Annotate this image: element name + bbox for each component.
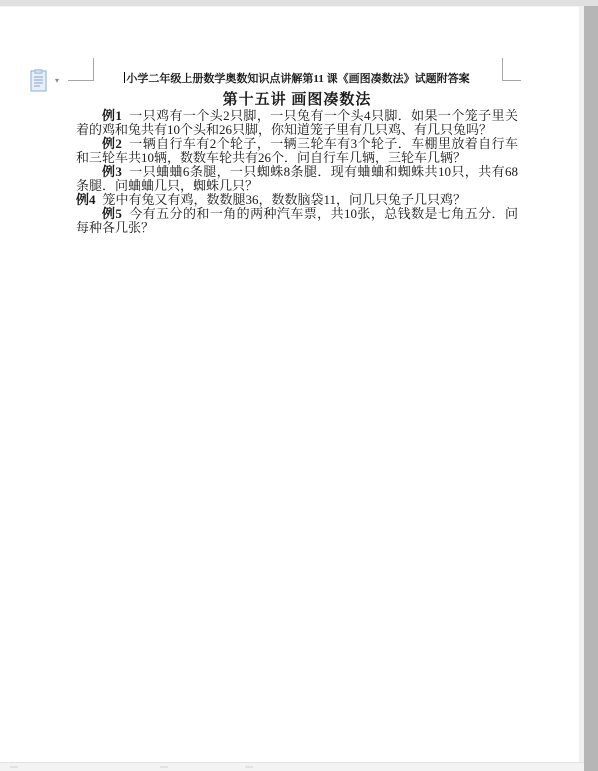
example-3-text: 一只蛐蛐6条腿，一只蜘蛛8条腿．现有蛐蛐和蜘蛛共10只，共有68条腿．问蛐蛐几只…: [76, 164, 518, 193]
example-2-label: 例2: [102, 136, 122, 151]
example-3-paragraph: 例3一只蛐蛐6条腿，一只蜘蛛8条腿．现有蛐蛐和蜘蛛共10只，共有68条腿．问蛐蛐…: [76, 165, 518, 193]
horizontal-scrollbar-track[interactable]: [0, 762, 584, 771]
vertical-scrollbar-track[interactable]: [584, 6, 598, 771]
paste-options-button[interactable]: ▾: [30, 69, 64, 95]
example-1-text: 一只鸡有一个头2只脚，一只兔有一个头4只脚．如果一个笼子里关着的鸡和兔共有10个…: [76, 108, 518, 137]
lesson-heading: 第十五讲 画图凑数法: [76, 91, 518, 109]
example-1-paragraph: 例1一只鸡有一个头2只脚，一只兔有一个头4只脚．如果一个笼子里关着的鸡和兔共有1…: [76, 109, 518, 137]
example-5-text: 今有五分的和一角的两种汽车票，共10张，总钱数是七角五分．问每种各几张？: [76, 206, 518, 235]
scrollbar-mark: [10, 766, 18, 768]
document-title-text: 小学二年级上册数学奥数知识点讲解第11 课《画图凑数法》试题附答案: [126, 73, 469, 85]
example-1-label: 例1: [102, 108, 122, 123]
example-4-label: 例4: [76, 192, 96, 207]
scrollbar-mark: [245, 766, 253, 768]
example-3-label: 例3: [102, 164, 122, 179]
example-2-text: 一辆自行车有2个轮子，一辆三轮车有3个轮子．车棚里放着自行车和三轮车共10辆，数…: [76, 136, 518, 165]
example-4-text: 笼中有兔又有鸡，数数腿36，数数脑袋11，问几只兔子几只鸡？: [103, 192, 467, 207]
chevron-down-icon[interactable]: ▾: [55, 77, 59, 85]
document-title: 小学二年级上册数学奥数知识点讲解第11 课《画图凑数法》试题附答案: [76, 72, 518, 86]
example-5-label: 例5: [102, 206, 122, 221]
example-2-paragraph: 例2一辆自行车有2个轮子，一辆三轮车有3个轮子．车棚里放着自行车和三轮车共10辆…: [76, 137, 518, 165]
window-top-edge: [0, 0, 598, 7]
document-page: 小学二年级上册数学奥数知识点讲解第11 课《画图凑数法》试题附答案 第十五讲 画…: [76, 72, 518, 235]
example-5-paragraph: 例5今有五分的和一角的两种汽车票，共10张，总钱数是七角五分．问每种各几张？: [76, 207, 518, 235]
example-4-paragraph: 例4笼中有兔又有鸡，数数腿36，数数脑袋11，问几只兔子几只鸡？: [76, 193, 518, 207]
scrollbar-mark: [160, 766, 168, 768]
